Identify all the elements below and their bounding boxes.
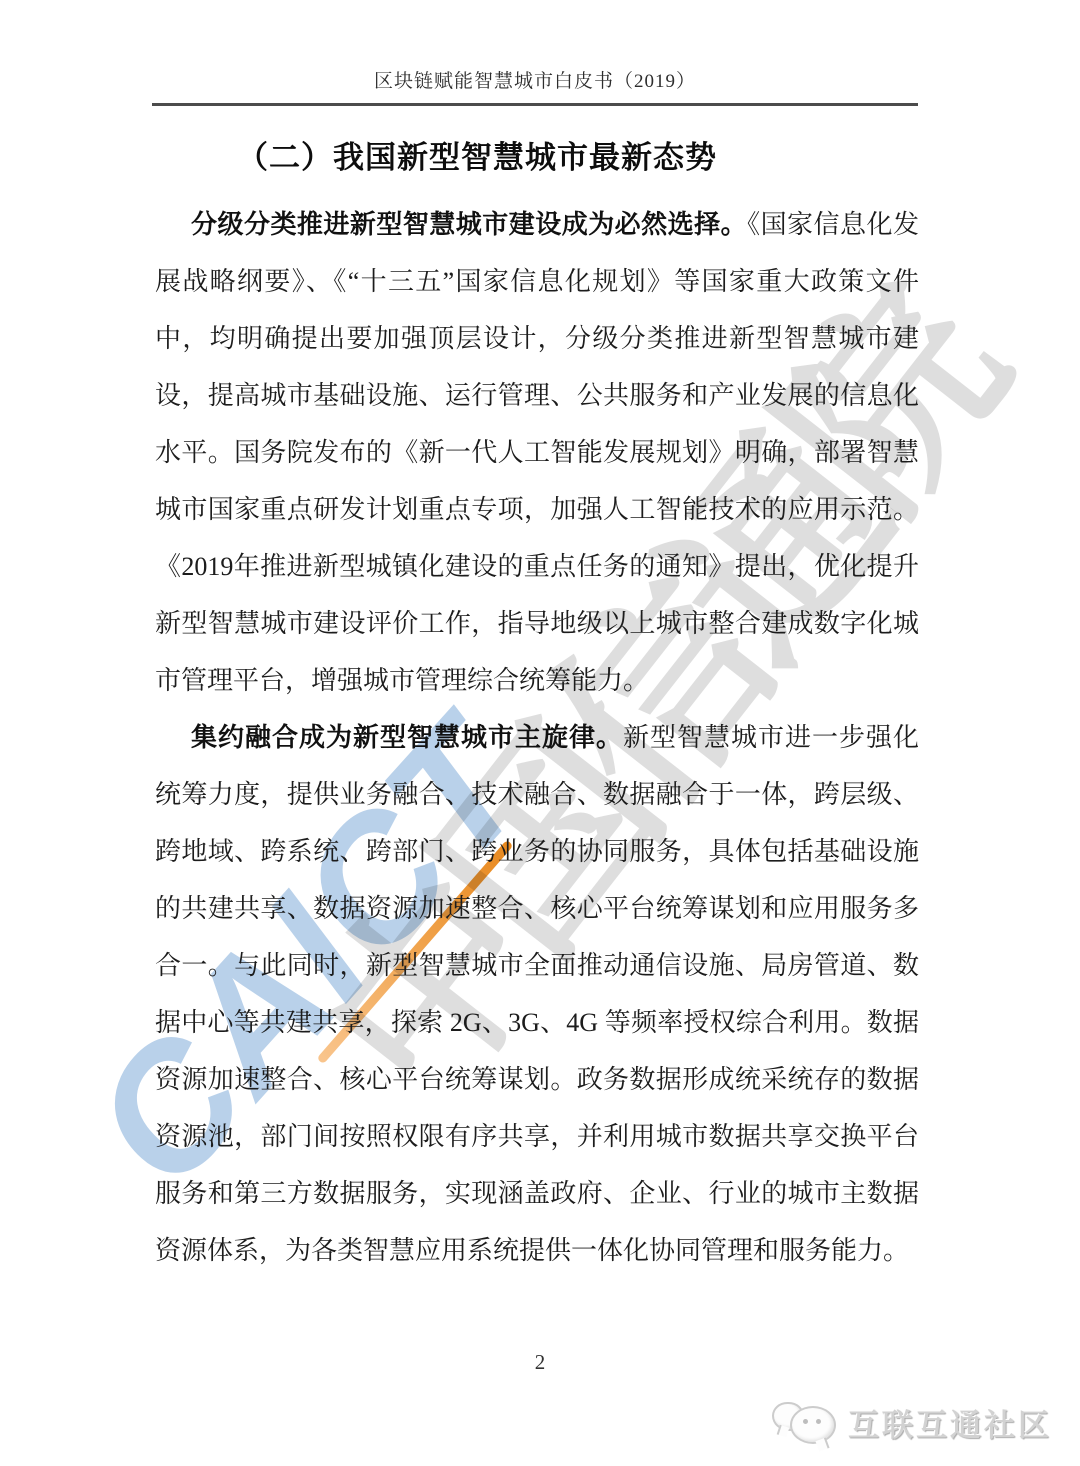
paragraph-2: 集约融合成为新型智慧城市主旋律。新型智慧城市进一步强化统筹力度，提供业务融合、技… — [155, 709, 919, 1279]
paragraph-1: 分级分类推进新型智慧城市建设成为必然选择。《国家信息化发展战略纲要》、《“十三五… — [155, 196, 919, 709]
header-rule — [152, 103, 918, 106]
big-bubble-shape — [790, 1406, 836, 1444]
paragraph-2-lead: 集约融合成为新型智慧城市主旋律。 — [191, 722, 623, 752]
paragraph-1-body: 《国家信息化发展战略纲要》、《“十三五”国家信息化规划》等国家重大政策文件中，均… — [155, 210, 919, 695]
running-header-title: 区块链赋能智慧城市白皮书（2019） — [152, 66, 918, 93]
bubble-eye-right — [816, 1419, 821, 1424]
paragraph-1-lead: 分级分类推进新型智慧城市建设成为必然选择。 — [191, 209, 747, 239]
document-page: CAICT 中国信通院 区块链赋能智慧城市白皮书（2019） （二）我国新型智慧… — [0, 0, 1080, 1466]
running-header: 区块链赋能智慧城市白皮书（2019） — [152, 0, 918, 106]
paragraph-2-body: 新型智慧城市进一步强化统筹力度，提供业务融合、技术融合、数据融合于一体，跨层级、… — [155, 723, 919, 1265]
body-text: 分级分类推进新型智慧城市建设成为必然选择。《国家信息化发展战略纲要》、《“十三五… — [155, 196, 919, 1279]
footer-logo: 互联互通社区 — [770, 1396, 1052, 1448]
chat-bubbles-icon — [770, 1396, 838, 1448]
bubble-eye-left — [803, 1419, 808, 1424]
page-number: 2 — [0, 1350, 1080, 1375]
footer-logo-text: 互联互通社区 — [848, 1400, 1052, 1445]
section-heading: （二）我国新型智慧城市最新态势 — [237, 132, 717, 177]
